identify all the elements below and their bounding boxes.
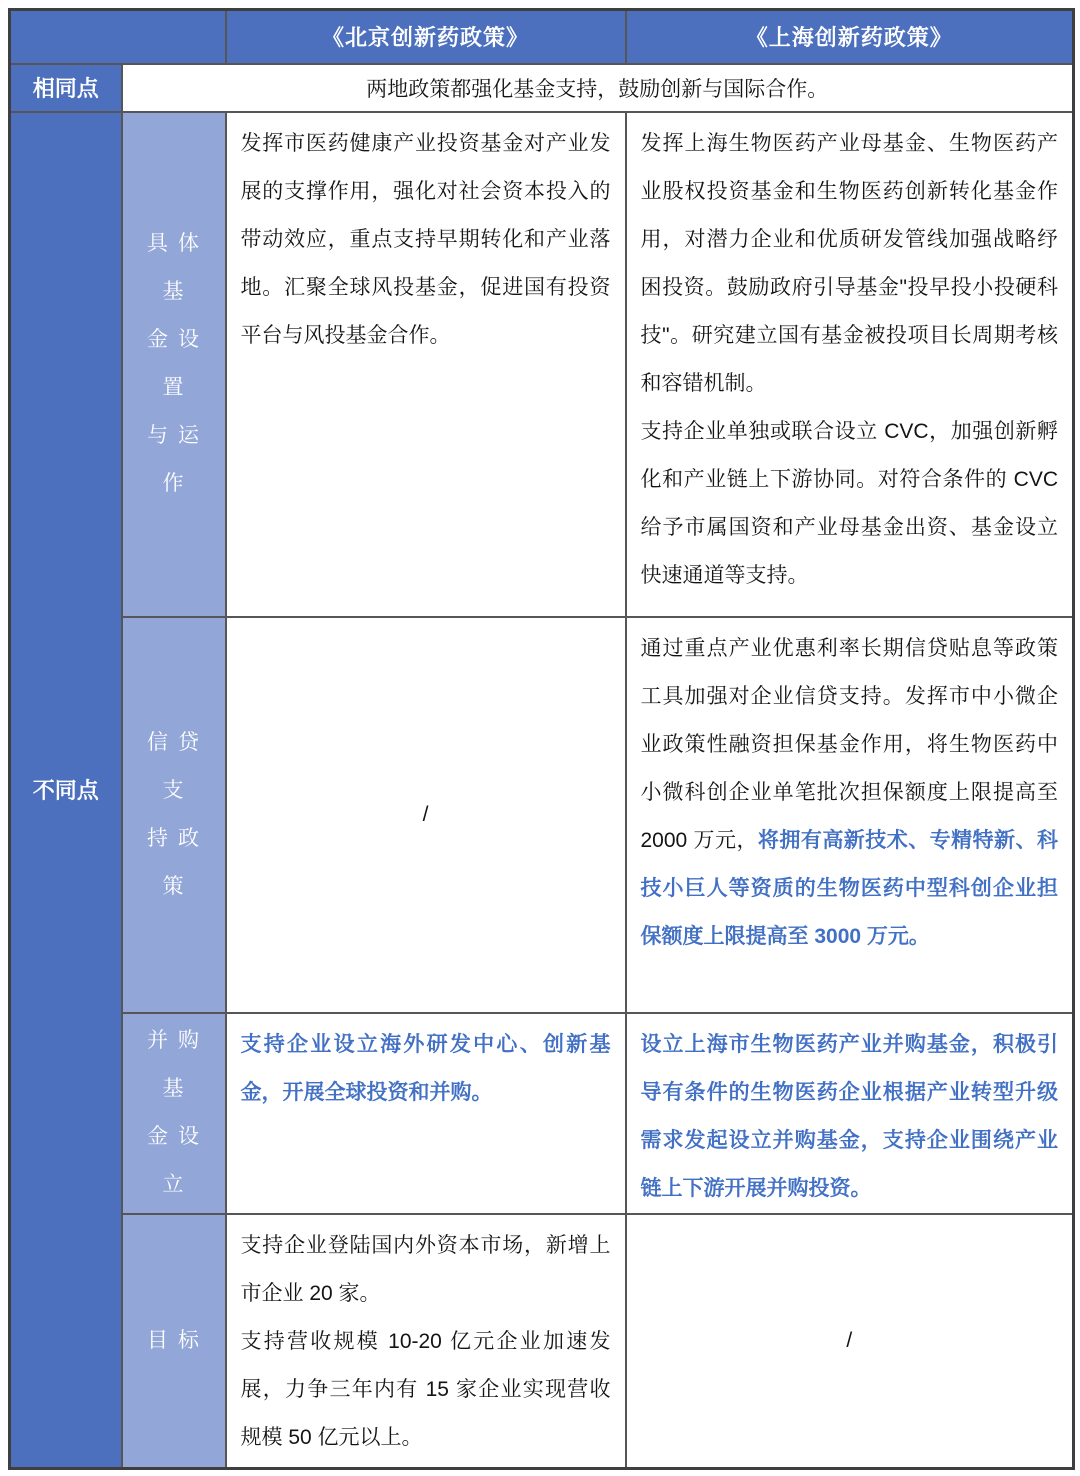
- policy-comparison-table: 《北京创新药政策》 《上海创新药政策》 相同点 两地政策都强化基金支持，鼓励创新…: [8, 8, 1075, 1470]
- beijing-goals-cell: 支持企业登陆国内外资本市场，新增上市企业 20 家。 支持营收规模 10-20 …: [226, 1214, 626, 1469]
- shanghai-ma-fund-cell: 设立上海市生物医药产业并购基金，积极引导有条件的生物医药企业根据产业转型升级需求…: [626, 1013, 1074, 1214]
- shanghai-fund-setup-cell: 发挥上海生物医药产业母基金、生物医药产业股权投资基金和生物医药创新转化基金作用，…: [626, 112, 1074, 617]
- beijing-fund-setup-cell: 发挥市医药健康产业投资基金对产业发展的支撑作用，强化对社会资本投入的带动效应，重…: [226, 112, 626, 617]
- beijing-fund-setup-paragraph: 发挥市医药健康产业投资基金对产业发展的支撑作用，强化对社会资本投入的带动效应，重…: [241, 120, 611, 360]
- category-fund-setup: 具体基 金设置 与运作: [122, 112, 226, 617]
- policy-comparison-page: 《北京创新药政策》 《上海创新药政策》 相同点 两地政策都强化基金支持，鼓励创新…: [0, 0, 1080, 1476]
- similarities-row: 相同点 两地政策都强化基金支持，鼓励创新与国际合作。: [10, 64, 1074, 112]
- shanghai-ma-fund-paragraph: 设立上海市生物医药产业并购基金，积极引导有条件的生物医药企业根据产业转型升级需求…: [641, 1021, 1059, 1213]
- header-beijing-policy: 《北京创新药政策》: [226, 10, 626, 64]
- shanghai-credit-support-cell: 通过重点产业优惠利率长期信贷贴息等政策工具加强对企业信贷支持。发挥市中小微企业政…: [626, 617, 1074, 1013]
- differences-label: 不同点: [10, 112, 122, 1469]
- beijing-ma-fund-paragraph: 支持企业设立海外研发中心、创新基金，开展全球投资和并购。: [241, 1021, 611, 1117]
- category-credit-support: 信贷支 持政策: [122, 617, 226, 1013]
- shanghai-fund-setup-paragraph-2: 支持企业单独或联合设立 CVC，加强创新孵化和产业链上下游协同。对符合条件的 C…: [641, 408, 1059, 600]
- row-credit-support: 信贷支 持政策 / 通过重点产业优惠利率长期信贷贴息等政策工具加强对企业信贷支持…: [10, 617, 1074, 1013]
- shanghai-fund-setup-paragraph-1: 发挥上海生物医药产业母基金、生物医药产业股权投资基金和生物医药创新转化基金作用，…: [641, 120, 1059, 408]
- similarities-content: 两地政策都强化基金支持，鼓励创新与国际合作。: [122, 64, 1074, 112]
- beijing-ma-fund-cell: 支持企业设立海外研发中心、创新基金，开展全球投资和并购。: [226, 1013, 626, 1214]
- category-ma-fund: 并购基 金设立: [122, 1013, 226, 1214]
- row-fund-setup: 不同点 具体基 金设置 与运作 发挥市医药健康产业投资基金对产业发展的支撑作用，…: [10, 112, 1074, 617]
- category-goals: 目标: [122, 1214, 226, 1469]
- beijing-goals-paragraph-1: 支持企业登陆国内外资本市场，新增上市企业 20 家。: [241, 1222, 611, 1318]
- row-goals: 目标 支持企业登陆国内外资本市场，新增上市企业 20 家。 支持营收规模 10-…: [10, 1214, 1074, 1469]
- shanghai-goals-empty: /: [626, 1214, 1074, 1469]
- header-empty-cell: [10, 10, 226, 64]
- header-shanghai-policy: 《上海创新药政策》: [626, 10, 1074, 64]
- beijing-goals-paragraph-2: 支持营收规模 10-20 亿元企业加速发展，力争三年内有 15 家企业实现营收规…: [241, 1318, 611, 1462]
- row-ma-fund: 并购基 金设立 支持企业设立海外研发中心、创新基金，开展全球投资和并购。 设立上…: [10, 1013, 1074, 1214]
- similarities-label: 相同点: [10, 64, 122, 112]
- credit-support-text-normal: 通过重点产业优惠利率长期信贷贴息等政策工具加强对企业信贷支持。发挥市中小微企业政…: [641, 637, 1059, 852]
- beijing-credit-support-empty: /: [226, 617, 626, 1013]
- header-row: 《北京创新药政策》 《上海创新药政策》: [10, 10, 1074, 64]
- shanghai-credit-support-paragraph: 通过重点产业优惠利率长期信贷贴息等政策工具加强对企业信贷支持。发挥市中小微企业政…: [641, 625, 1059, 961]
